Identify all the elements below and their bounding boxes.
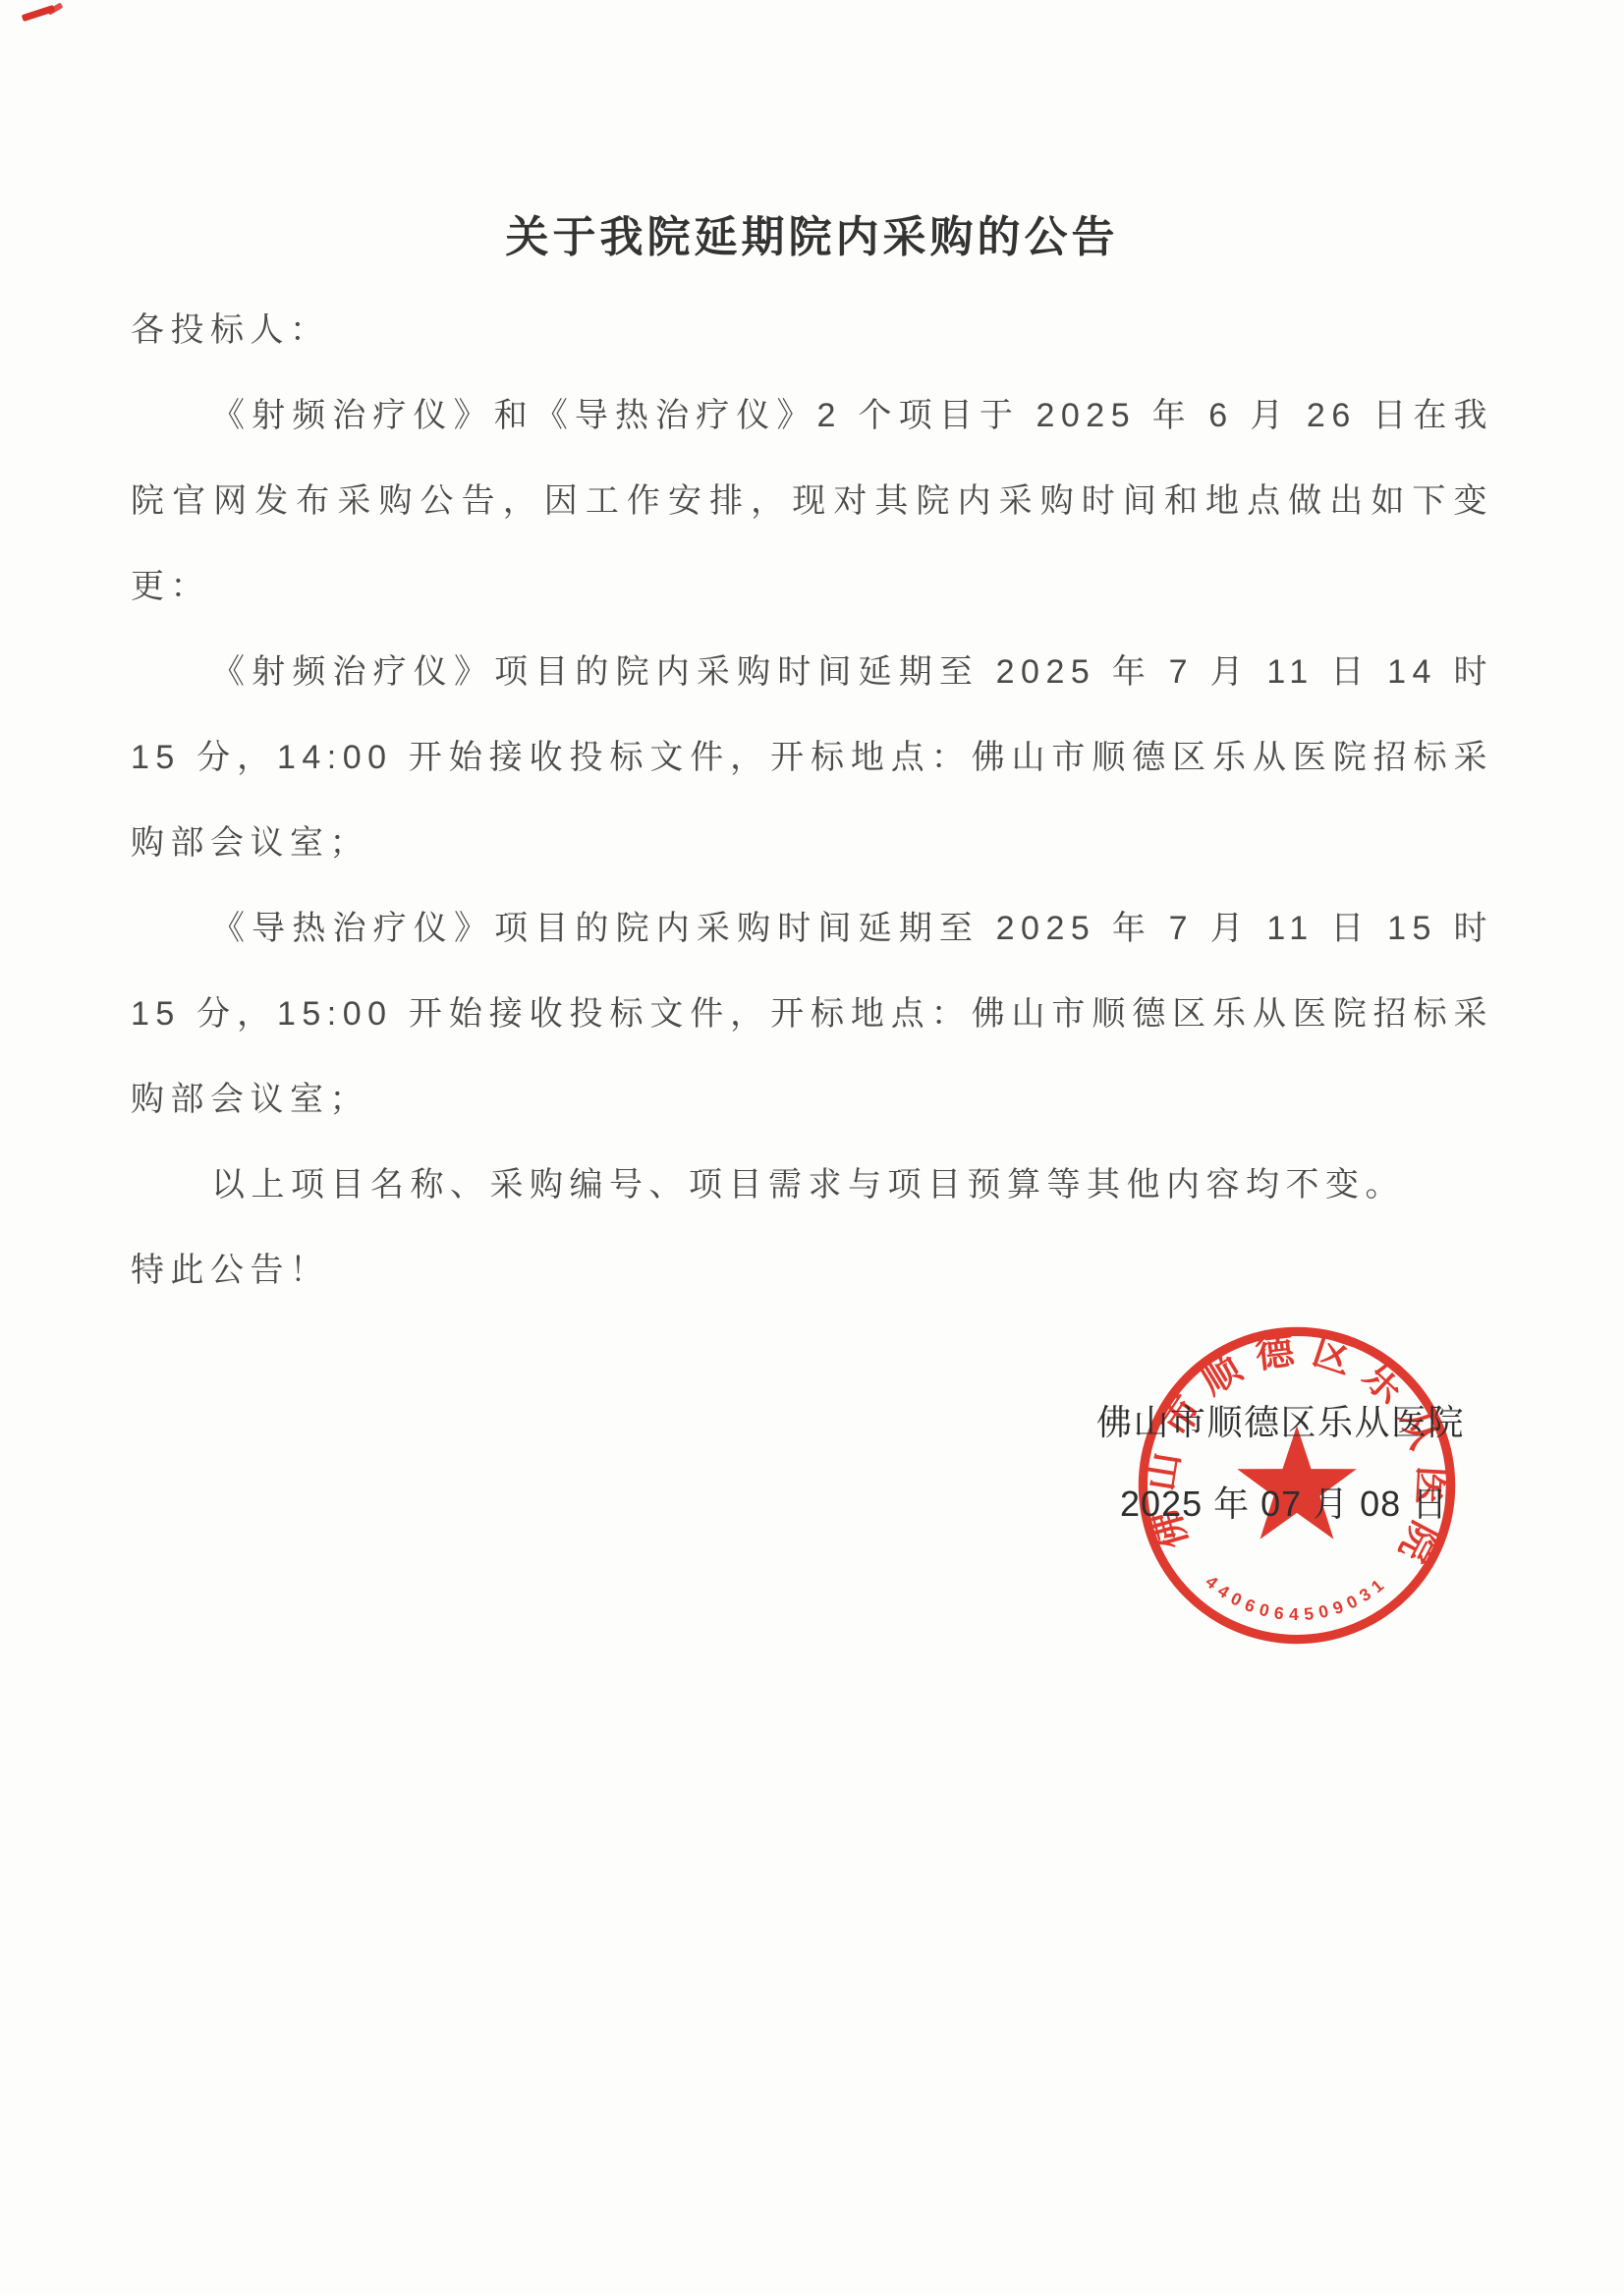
paragraph-announcement: 《射频治疗仪》和《导热治疗仪》2 个项目于 2025 年 6 月 26 日在我院…	[131, 373, 1493, 630]
svg-text:4406064509031: 4406064509031	[1202, 1572, 1391, 1624]
paragraph-unchanged-items: 以上项目名称、采购编号、项目需求与项目预算等其他内容均不变。	[131, 1143, 1493, 1228]
scan-artifact-mark	[22, 4, 67, 26]
seal-code-number: 4406064509031	[1202, 1572, 1391, 1624]
signature-date: 2025 年 07 月 08 日	[1120, 1477, 1448, 1527]
announcement-document: 关于我院延期院内采购的公告 各投标人： 《射频治疗仪》和《导热治疗仪》2 个项目…	[0, 0, 1624, 2295]
page-title: 关于我院延期院内采购的公告	[0, 0, 1624, 264]
paragraph-project-1-change: 《射频治疗仪》项目的院内采购时间延期至 2025 年 7 月 11 日 14 时…	[131, 630, 1493, 886]
salutation: 各投标人：	[131, 288, 1493, 373]
closing-statement: 特此公告！	[131, 1228, 1493, 1314]
paragraph-project-2-change: 《导热治疗仪》项目的院内采购时间延期至 2025 年 7 月 11 日 15 时…	[131, 886, 1493, 1143]
signature-organization: 佛山市顺德区乐从医院	[1096, 1395, 1465, 1445]
document-body: 各投标人： 《射频治疗仪》和《导热治疗仪》2 个项目于 2025 年 6 月 2…	[131, 288, 1493, 1314]
